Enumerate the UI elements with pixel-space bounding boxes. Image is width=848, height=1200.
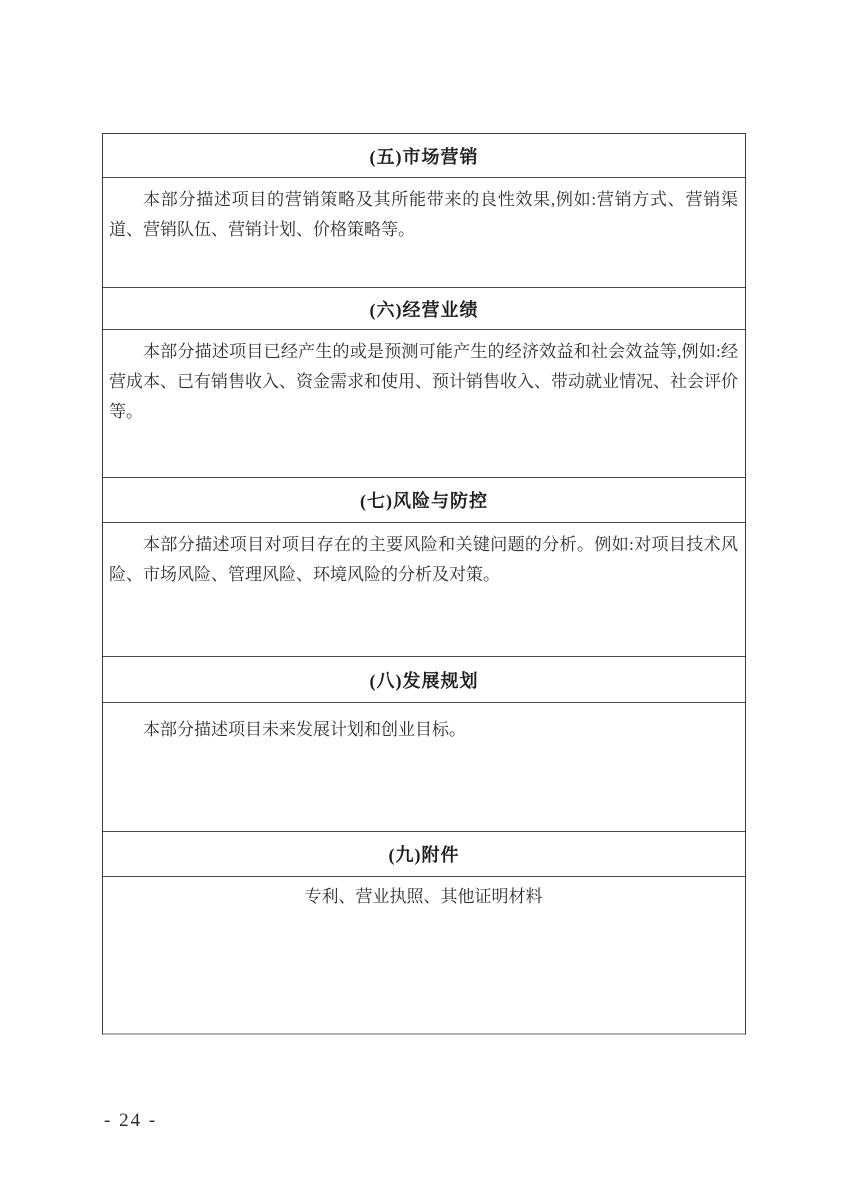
section-performance-title: (六)经营业绩 (370, 296, 479, 322)
section-planning-body: 本部分描述项目未来发展计划和创业目标。 (103, 703, 745, 832)
section-risk-title: (七)风险与防控 (360, 487, 488, 513)
section-risk-text: 本部分描述项目对项目存在的主要风险和关键问题的分析。例如:对项目技术风险、市场风… (103, 523, 745, 590)
section-planning-text: 本部分描述项目未来发展计划和创业目标。 (103, 703, 745, 745)
section-performance-header: (六)经营业绩 (103, 288, 745, 330)
section-risk-header: (七)风险与防控 (103, 478, 745, 523)
document-page: { "page": { "number_label": "- 24 -" }, … (0, 0, 848, 1200)
section-risk-body: 本部分描述项目对项目存在的主要风险和关键问题的分析。例如:对项目技术风险、市场风… (103, 523, 745, 657)
section-performance-text: 本部分描述项目已经产生的或是预测可能产生的经济效益和社会效益等,例如:经营成本、… (103, 330, 745, 427)
section-marketing-title: (五)市场营销 (370, 143, 479, 169)
section-attachments-header: (九)附件 (103, 832, 745, 877)
section-planning-title: (八)发展规划 (370, 667, 479, 693)
page-number: - 24 - (104, 1110, 157, 1132)
section-attachments-body: 专利、营业执照、其他证明材料 (103, 877, 745, 1034)
section-marketing-header: (五)市场营销 (103, 134, 745, 178)
section-attachments-text: 专利、营业执照、其他证明材料 (103, 877, 745, 912)
section-marketing-body: 本部分描述项目的营销策略及其所能带来的良性效果,例如:营销方式、营销渠道、营销队… (103, 178, 745, 288)
section-performance-body: 本部分描述项目已经产生的或是预测可能产生的经济效益和社会效益等,例如:经营成本、… (103, 330, 745, 478)
template-table: (五)市场营销 本部分描述项目的营销策略及其所能带来的良性效果,例如:营销方式、… (102, 133, 746, 1035)
section-attachments-title: (九)附件 (389, 841, 460, 867)
section-marketing-text: 本部分描述项目的营销策略及其所能带来的良性效果,例如:营销方式、营销渠道、营销队… (103, 178, 745, 245)
section-planning-header: (八)发展规划 (103, 657, 745, 703)
